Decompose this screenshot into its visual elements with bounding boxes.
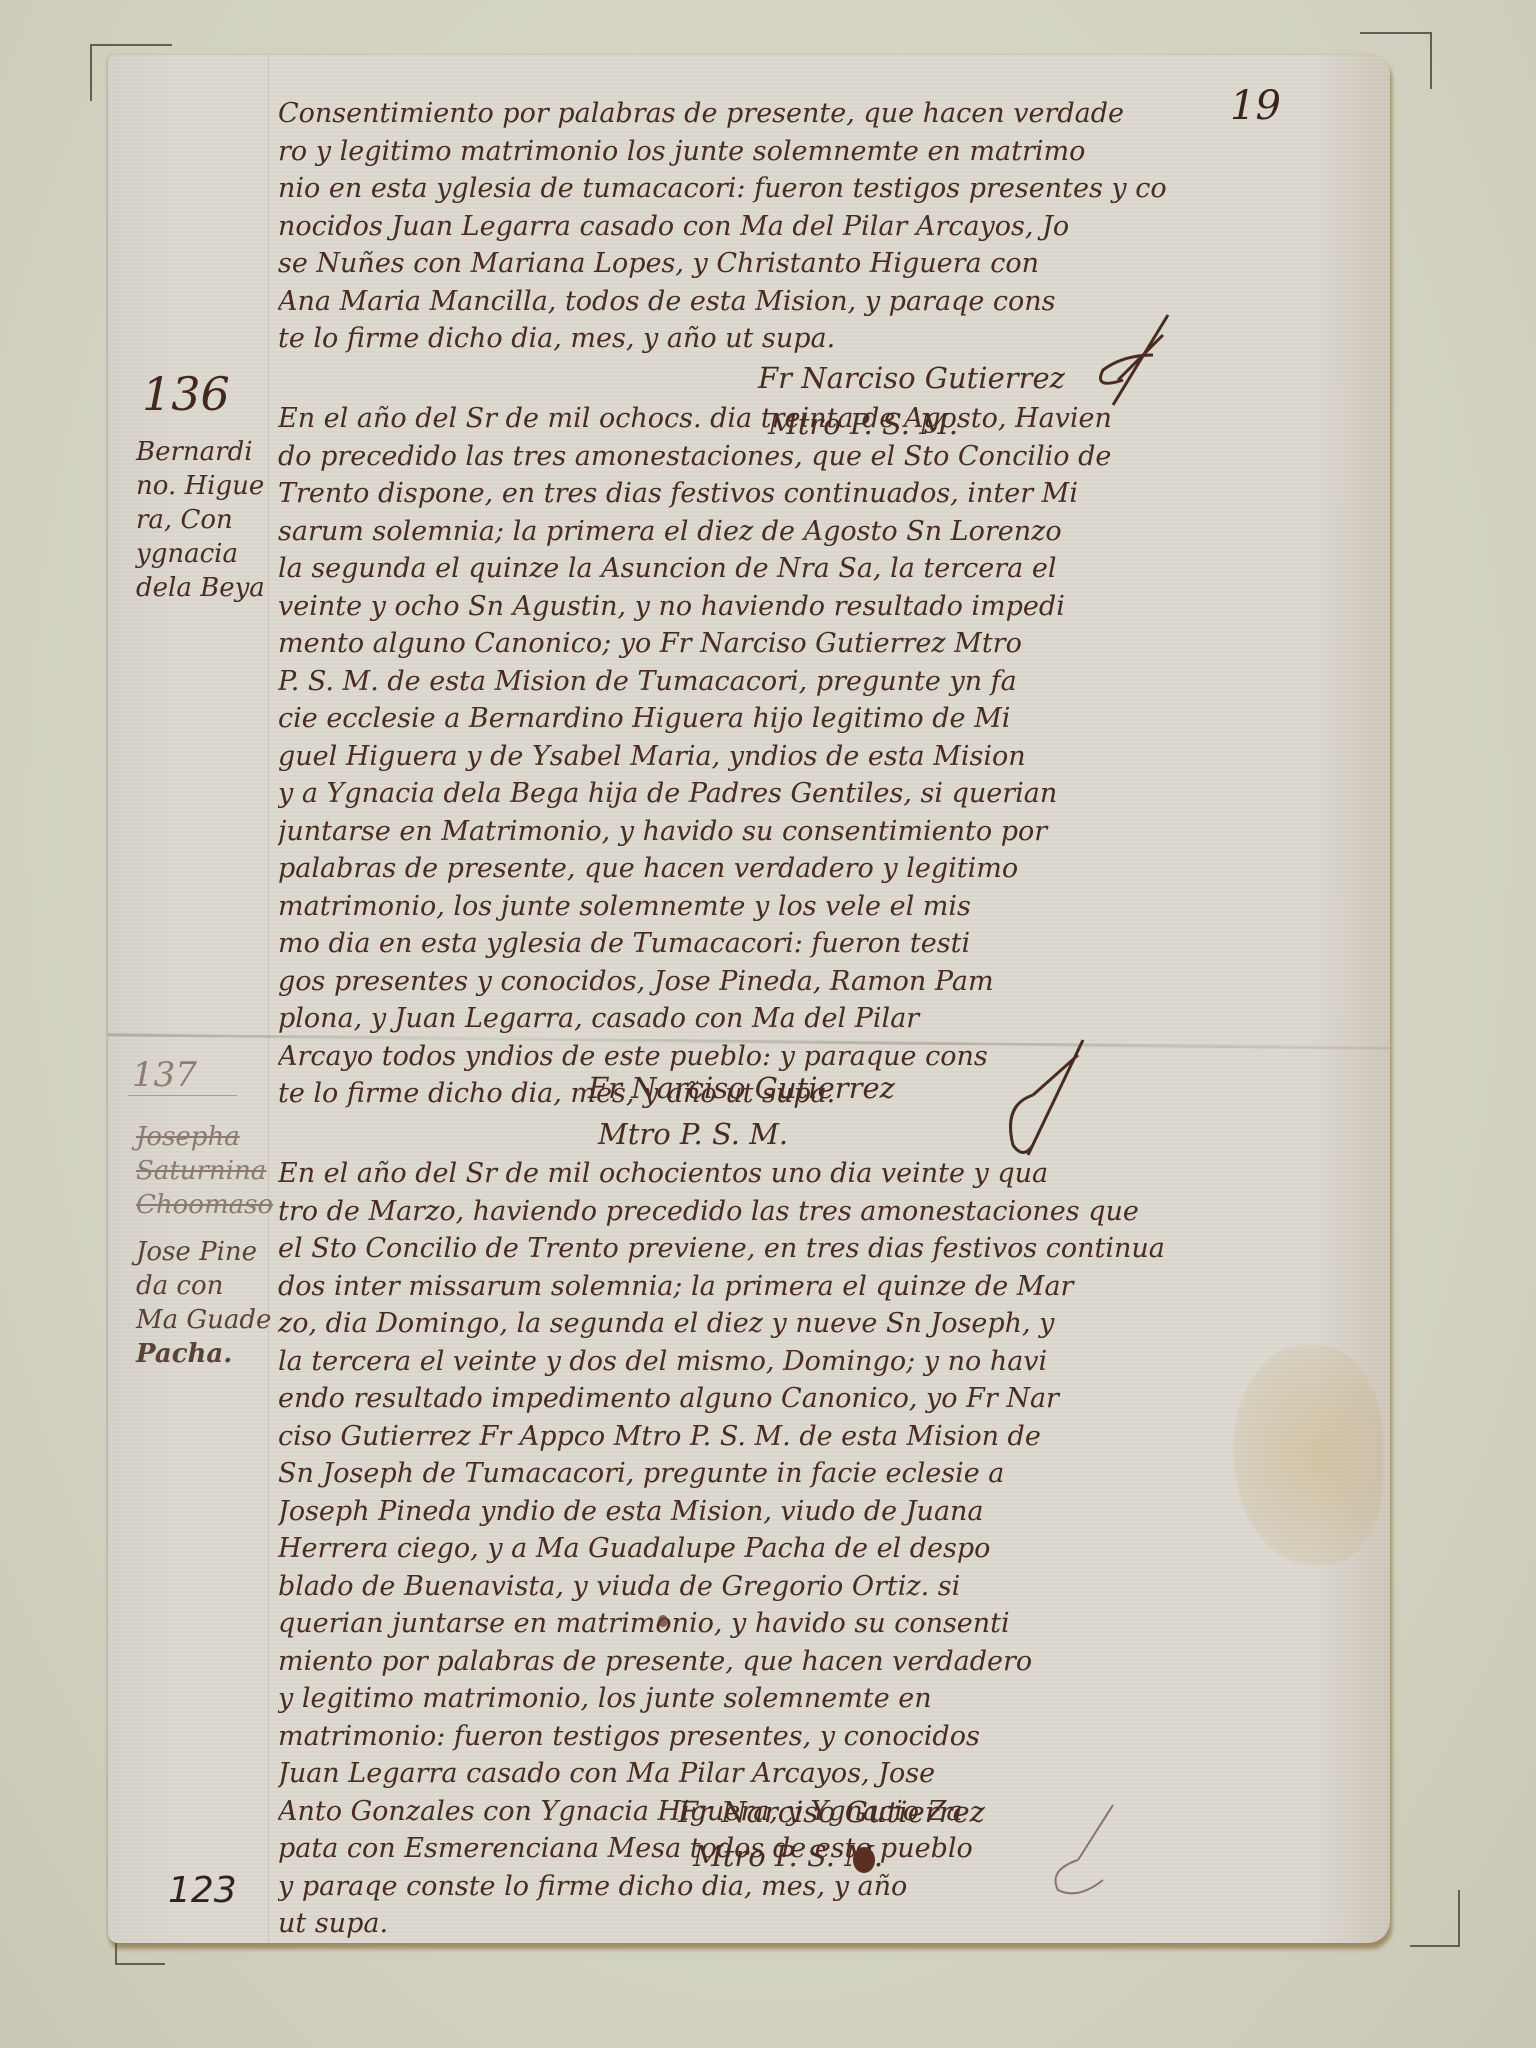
- text-line: el Sto Concilio de Trento previene, en t…: [278, 1230, 1328, 1268]
- text-line: nio en esta yglesia de tumacacori: fuero…: [278, 170, 1328, 208]
- text-line: y legitimo matrimonio, los junte solemne…: [278, 1680, 1328, 1718]
- margin-note-line: ygnacia: [136, 537, 276, 571]
- text-line: gos presentes y conocidos, Jose Pineda, …: [278, 963, 1328, 1001]
- signature-name: Fr Narciso Gutierrez: [758, 355, 1065, 401]
- signature-block: Fr Narciso Gutierrez Mtro P. S. M.: [678, 1790, 985, 1878]
- signature-title: Mtro P. S. M.: [588, 1111, 895, 1157]
- margin-note-line-struck: Choomaso: [136, 1188, 276, 1222]
- text-line: nocidos Juan Legarra casado con Ma del P…: [278, 208, 1328, 246]
- margin-note-line: Bernardi: [136, 435, 276, 469]
- text-line: dos inter missarum solemnia; la primera …: [278, 1268, 1328, 1306]
- margin-note-line: dela Beya: [136, 571, 276, 605]
- text-line: ut supa.: [278, 1905, 1328, 1943]
- margin-note-line: no. Higue: [136, 469, 276, 503]
- text-line: Juan Legarra casado con Ma Pilar Arcayos…: [278, 1755, 1328, 1793]
- text-line: sarum solemnia; la primera el diez de Ag…: [278, 513, 1328, 551]
- manuscript-page: 19 Consentimiento por palabras de presen…: [108, 55, 1390, 1943]
- text-line: Consentimiento por palabras de presente,…: [278, 95, 1328, 133]
- ink-blot: [658, 1615, 668, 1627]
- text-line: veinte y ocho Sn Agustin, y no haviendo …: [278, 588, 1328, 626]
- margin-note: Bernardi no. Higue ra, Con ygnacia dela …: [136, 435, 276, 605]
- text-line: tro de Marzo, haviendo precedido las tre…: [278, 1193, 1328, 1231]
- margin-note-line: da con: [136, 1269, 276, 1303]
- text-line: En el año del Sr de mil ochocs. dia trei…: [278, 400, 1328, 438]
- text-line: blado de Buenavista, y viuda de Gregorio…: [278, 1568, 1328, 1606]
- text-line: la tercera el veinte y dos del mismo, Do…: [278, 1343, 1328, 1381]
- text-line: se Nuñes con Mariana Lopes, y Christanto…: [278, 245, 1328, 283]
- text-line: matrimonio, los junte solemnemte y los v…: [278, 888, 1328, 926]
- struck-margin-note: Josepha Saturnina Choomaso: [136, 1120, 276, 1222]
- entry-number: 137: [128, 1055, 237, 1096]
- text-line: P. S. M. de esta Mision de Tumacacori, p…: [278, 663, 1328, 701]
- text-line: Trento dispone, en tres dias festivos co…: [278, 475, 1328, 513]
- margin-note-line-struck: Saturnina: [136, 1154, 276, 1188]
- margin-note: Jose Pine da con Ma Guade Pacha.: [136, 1235, 276, 1371]
- archive-number: 123: [168, 1870, 237, 1911]
- text-line: la segunda el quinze la Asuncion de Nra …: [278, 550, 1328, 588]
- ink-blot: [853, 1847, 875, 1873]
- rubric-flourish-icon: [1003, 1035, 1093, 1165]
- margin-note-line-struck: Josepha: [136, 1120, 276, 1154]
- text-line: juntarse en Matrimonio, y havido su cons…: [278, 813, 1328, 851]
- text-line: miento por palabras de presente, que hac…: [278, 1643, 1328, 1681]
- margin-rule: [268, 55, 269, 1943]
- text-line: matrimonio: fueron testigos presentes, y…: [278, 1718, 1328, 1756]
- text-line: querian juntarse en matrimonio, y havido…: [278, 1605, 1328, 1643]
- text-line: zo, dia Domingo, la segunda el diez y nu…: [278, 1305, 1328, 1343]
- text-line: mento alguno Canonico; yo Fr Narciso Gut…: [278, 625, 1328, 663]
- text-line: cie ecclesie a Bernardino Higuera hijo l…: [278, 700, 1328, 738]
- signature-block: Fr Narciso Gutierrez Mtro P. S. M.: [588, 1065, 895, 1157]
- text-line: guel Higuera y de Ysabel Maria, yndios d…: [278, 738, 1328, 776]
- margin-note-line: Jose Pine: [136, 1235, 276, 1269]
- signature-title: Mtro P. S. M.: [678, 1834, 985, 1878]
- signature-name: Fr Narciso Gutierrez: [678, 1790, 985, 1834]
- corner-guide-bottom-right: [1410, 1890, 1460, 1947]
- entry-number: 136: [142, 367, 230, 421]
- text-line: endo resultado impedimento alguno Canoni…: [278, 1380, 1328, 1418]
- text-line: Sn Joseph de Tumacacori, pregunte in fac…: [278, 1455, 1328, 1493]
- text-line: Herrera ciego, y a Ma Guadalupe Pacha de…: [278, 1530, 1328, 1568]
- margin-note-line: Pacha.: [136, 1337, 276, 1371]
- text-line: plona, y Juan Legarra, casado con Ma del…: [278, 1000, 1328, 1038]
- text-line: ro y legitimo matrimonio los junte solem…: [278, 133, 1328, 171]
- text-line: palabras de presente, que hacen verdader…: [278, 850, 1328, 888]
- text-line: En el año del Sr de mil ochocientos uno …: [278, 1155, 1328, 1193]
- signature-name: Fr Narciso Gutierrez: [588, 1065, 895, 1111]
- text-line: mo dia en esta yglesia de Tumacacori: fu…: [278, 925, 1328, 963]
- text-line: ciso Gutierrez Fr Appco Mtro P. S. M. de…: [278, 1418, 1328, 1456]
- entry-text: En el año del Sr de mil ochocs. dia trei…: [278, 400, 1328, 1113]
- margin-note-line: ra, Con: [136, 503, 276, 537]
- text-line: y a Ygnacia dela Bega hija de Padres Gen…: [278, 775, 1328, 813]
- margin-note-line: Ma Guade: [136, 1303, 276, 1337]
- text-line: do precedido las tres amonestaciones, qu…: [278, 438, 1328, 476]
- rubric-flourish-icon: [1043, 1800, 1133, 1900]
- text-line: Joseph Pineda yndio de esta Mision, viud…: [278, 1493, 1328, 1531]
